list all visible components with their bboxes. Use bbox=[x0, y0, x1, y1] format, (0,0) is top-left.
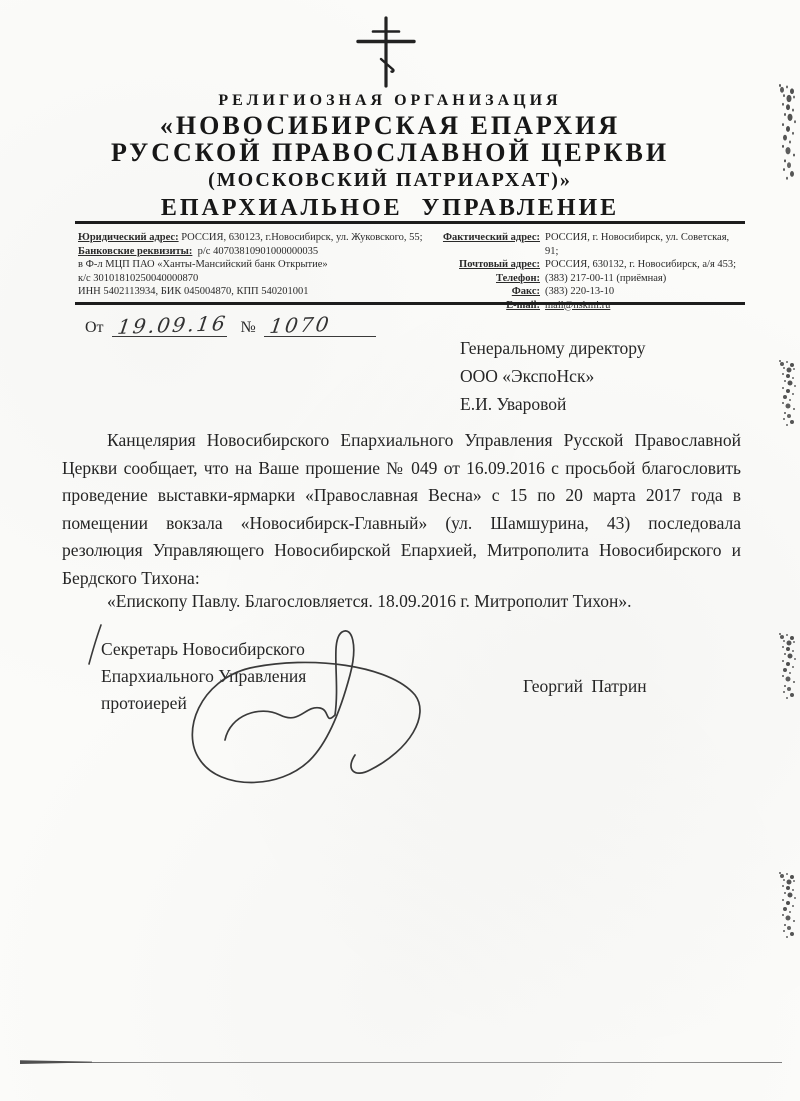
contact-email-value: mail@nskmi.ru bbox=[545, 299, 742, 313]
contact-label: Юридический адрес: bbox=[78, 232, 179, 243]
addressee-line: Генеральному директору bbox=[460, 334, 646, 362]
org-type-line: РЕЛИГИОЗНАЯ ОРГАНИЗАЦИЯ bbox=[0, 92, 780, 110]
scan-artifact bbox=[779, 633, 781, 635]
addressee-block: Генеральному директору ООО «ЭкспоНск» Е.… bbox=[460, 334, 646, 418]
contact-row: ИНН 5402113934, БИК 045004870, КПП 54020… bbox=[78, 285, 423, 299]
contact-value: ИНН 5402113934, БИК 045004870, КПП 54020… bbox=[78, 286, 309, 297]
contact-value: РОССИЯ, 630123, г.Новосибирск, ул. Жуков… bbox=[181, 232, 422, 243]
contact-row: Юридический адрес: РОССИЯ, 630123, г.Нов… bbox=[78, 231, 423, 245]
resolution-quote: «Епископу Павлу. Благословляется. 18.09.… bbox=[62, 591, 741, 612]
contact-label: Банковские реквизиты: bbox=[78, 246, 192, 257]
contact-label: E-mail: bbox=[430, 299, 540, 313]
horizontal-rule-top bbox=[75, 221, 745, 224]
contact-right-column: Фактический адрес:РОССИЯ, г. Новосибирск… bbox=[430, 231, 742, 312]
org-name-line1: «НОВОСИБИРСКАЯ ЕПАРХИЯ bbox=[0, 112, 780, 139]
contact-label: Факс: bbox=[430, 285, 540, 299]
scan-artifact bbox=[779, 360, 781, 362]
department-title: ЕПАРХИАЛЬНОЕ УПРАВЛЕНИЕ bbox=[0, 195, 780, 221]
contact-value: (383) 220-13-10 bbox=[545, 285, 742, 299]
handwritten-date: 19.09.16 bbox=[116, 311, 229, 339]
contact-label: Телефон: bbox=[430, 272, 540, 286]
contact-label: Почтовый адрес: bbox=[430, 258, 540, 272]
contact-row: Банковские реквизиты: р/с 40703810901000… bbox=[78, 245, 423, 259]
contact-value: РОССИЯ, г. Новосибирск, ул. Советская, 9… bbox=[545, 231, 742, 258]
contact-left-column: Юридический адрес: РОССИЯ, 630123, г.Нов… bbox=[78, 231, 423, 312]
contact-block: Юридический адрес: РОССИЯ, 630123, г.Нов… bbox=[78, 231, 742, 312]
scan-artifact bbox=[779, 84, 781, 87]
contact-label: Фактический адрес: bbox=[430, 231, 540, 258]
handwritten-number: 1070 bbox=[268, 312, 333, 338]
contact-value: РОССИЯ, 630132, г. Новосибирск, а/я 453; bbox=[545, 258, 742, 272]
addressee-line: Е.И. Уваровой bbox=[460, 390, 646, 418]
reference-line: От 19.09.16 № 1070 bbox=[85, 313, 376, 337]
scan-edge-shadow bbox=[20, 1058, 92, 1064]
scan-artifact bbox=[779, 872, 781, 874]
org-name-line3: (МОСКОВСКИЙ ПАТРИАРХАТ)» bbox=[0, 169, 780, 192]
handwritten-signature bbox=[85, 618, 455, 803]
signatory-name: Георгий Патрин bbox=[523, 676, 647, 697]
contact-value: р/с 40703810901000000035 bbox=[198, 246, 318, 257]
contact-row: к/с 30101810250040000870 bbox=[78, 272, 423, 286]
scan-edge-line bbox=[20, 1062, 782, 1063]
org-name-line2: РУССКОЙ ПРАВОСЛАВНОЙ ЦЕРКВИ bbox=[0, 139, 780, 167]
horizontal-rule-bottom bbox=[75, 302, 745, 305]
body-paragraph: Канцелярия Новосибирского Епархиального … bbox=[62, 427, 741, 593]
contact-value: к/с 30101810250040000870 bbox=[78, 273, 198, 284]
letterhead: РЕЛИГИОЗНАЯ ОРГАНИЗАЦИЯ «НОВОСИБИРСКАЯ Е… bbox=[0, 92, 780, 221]
from-label: От bbox=[85, 319, 104, 337]
addressee-line: ООО «ЭкспоНск» bbox=[460, 362, 646, 390]
number-field: 1070 bbox=[264, 313, 376, 337]
scanned-letter-page: РЕЛИГИОЗНАЯ ОРГАНИЗАЦИЯ «НОВОСИБИРСКАЯ Е… bbox=[0, 0, 800, 1101]
contact-value: в Ф-л МЦП ПАО «Ханты-Мансийский банк Отк… bbox=[78, 259, 328, 270]
contact-row: в Ф-л МЦП ПАО «Ханты-Мансийский банк Отк… bbox=[78, 258, 423, 272]
date-field: 19.09.16 bbox=[112, 313, 227, 337]
orthodox-cross-icon bbox=[352, 14, 420, 92]
contact-value: (383) 217-00-11 (приёмная) bbox=[545, 272, 742, 286]
number-sign: № bbox=[241, 319, 256, 337]
